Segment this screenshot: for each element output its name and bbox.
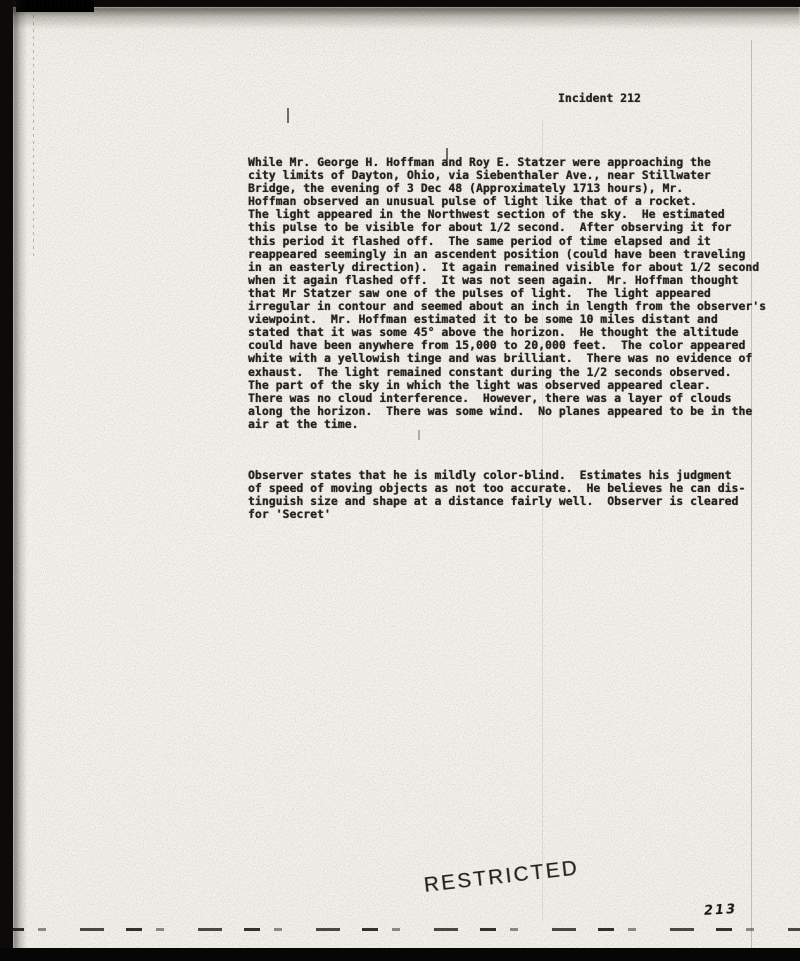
fold-line-center [542,120,543,920]
top-left-binding-mark [16,0,94,12]
left-edge-scan-artifact [0,0,13,961]
stray-ink-mark [446,148,448,160]
bottom-edge-scan-artifact [0,948,800,961]
left-edge-fade-artifact [13,0,27,961]
bottom-dashed-line [8,928,800,931]
typed-paragraph-sighting-description: While Mr. George H. Hoffman and Roy E. S… [248,156,766,431]
top-edge-fade-artifact [0,7,800,29]
fold-line-right [751,40,752,948]
page-number: 213 [704,902,738,919]
scanned-document-page: Incident 212 While Mr. George H. Hoffman… [0,0,800,961]
typed-paragraph-observer-reliability: Observer states that he is mildly color-… [248,469,745,521]
incident-number-label: Incident 212 [558,92,641,105]
stray-ink-mark [287,108,289,123]
top-edge-scan-artifact [0,0,800,7]
stray-ink-mark [418,430,420,440]
fold-line-left [33,8,34,258]
restricted-classification-stamp: RESTRICTED [423,856,581,898]
